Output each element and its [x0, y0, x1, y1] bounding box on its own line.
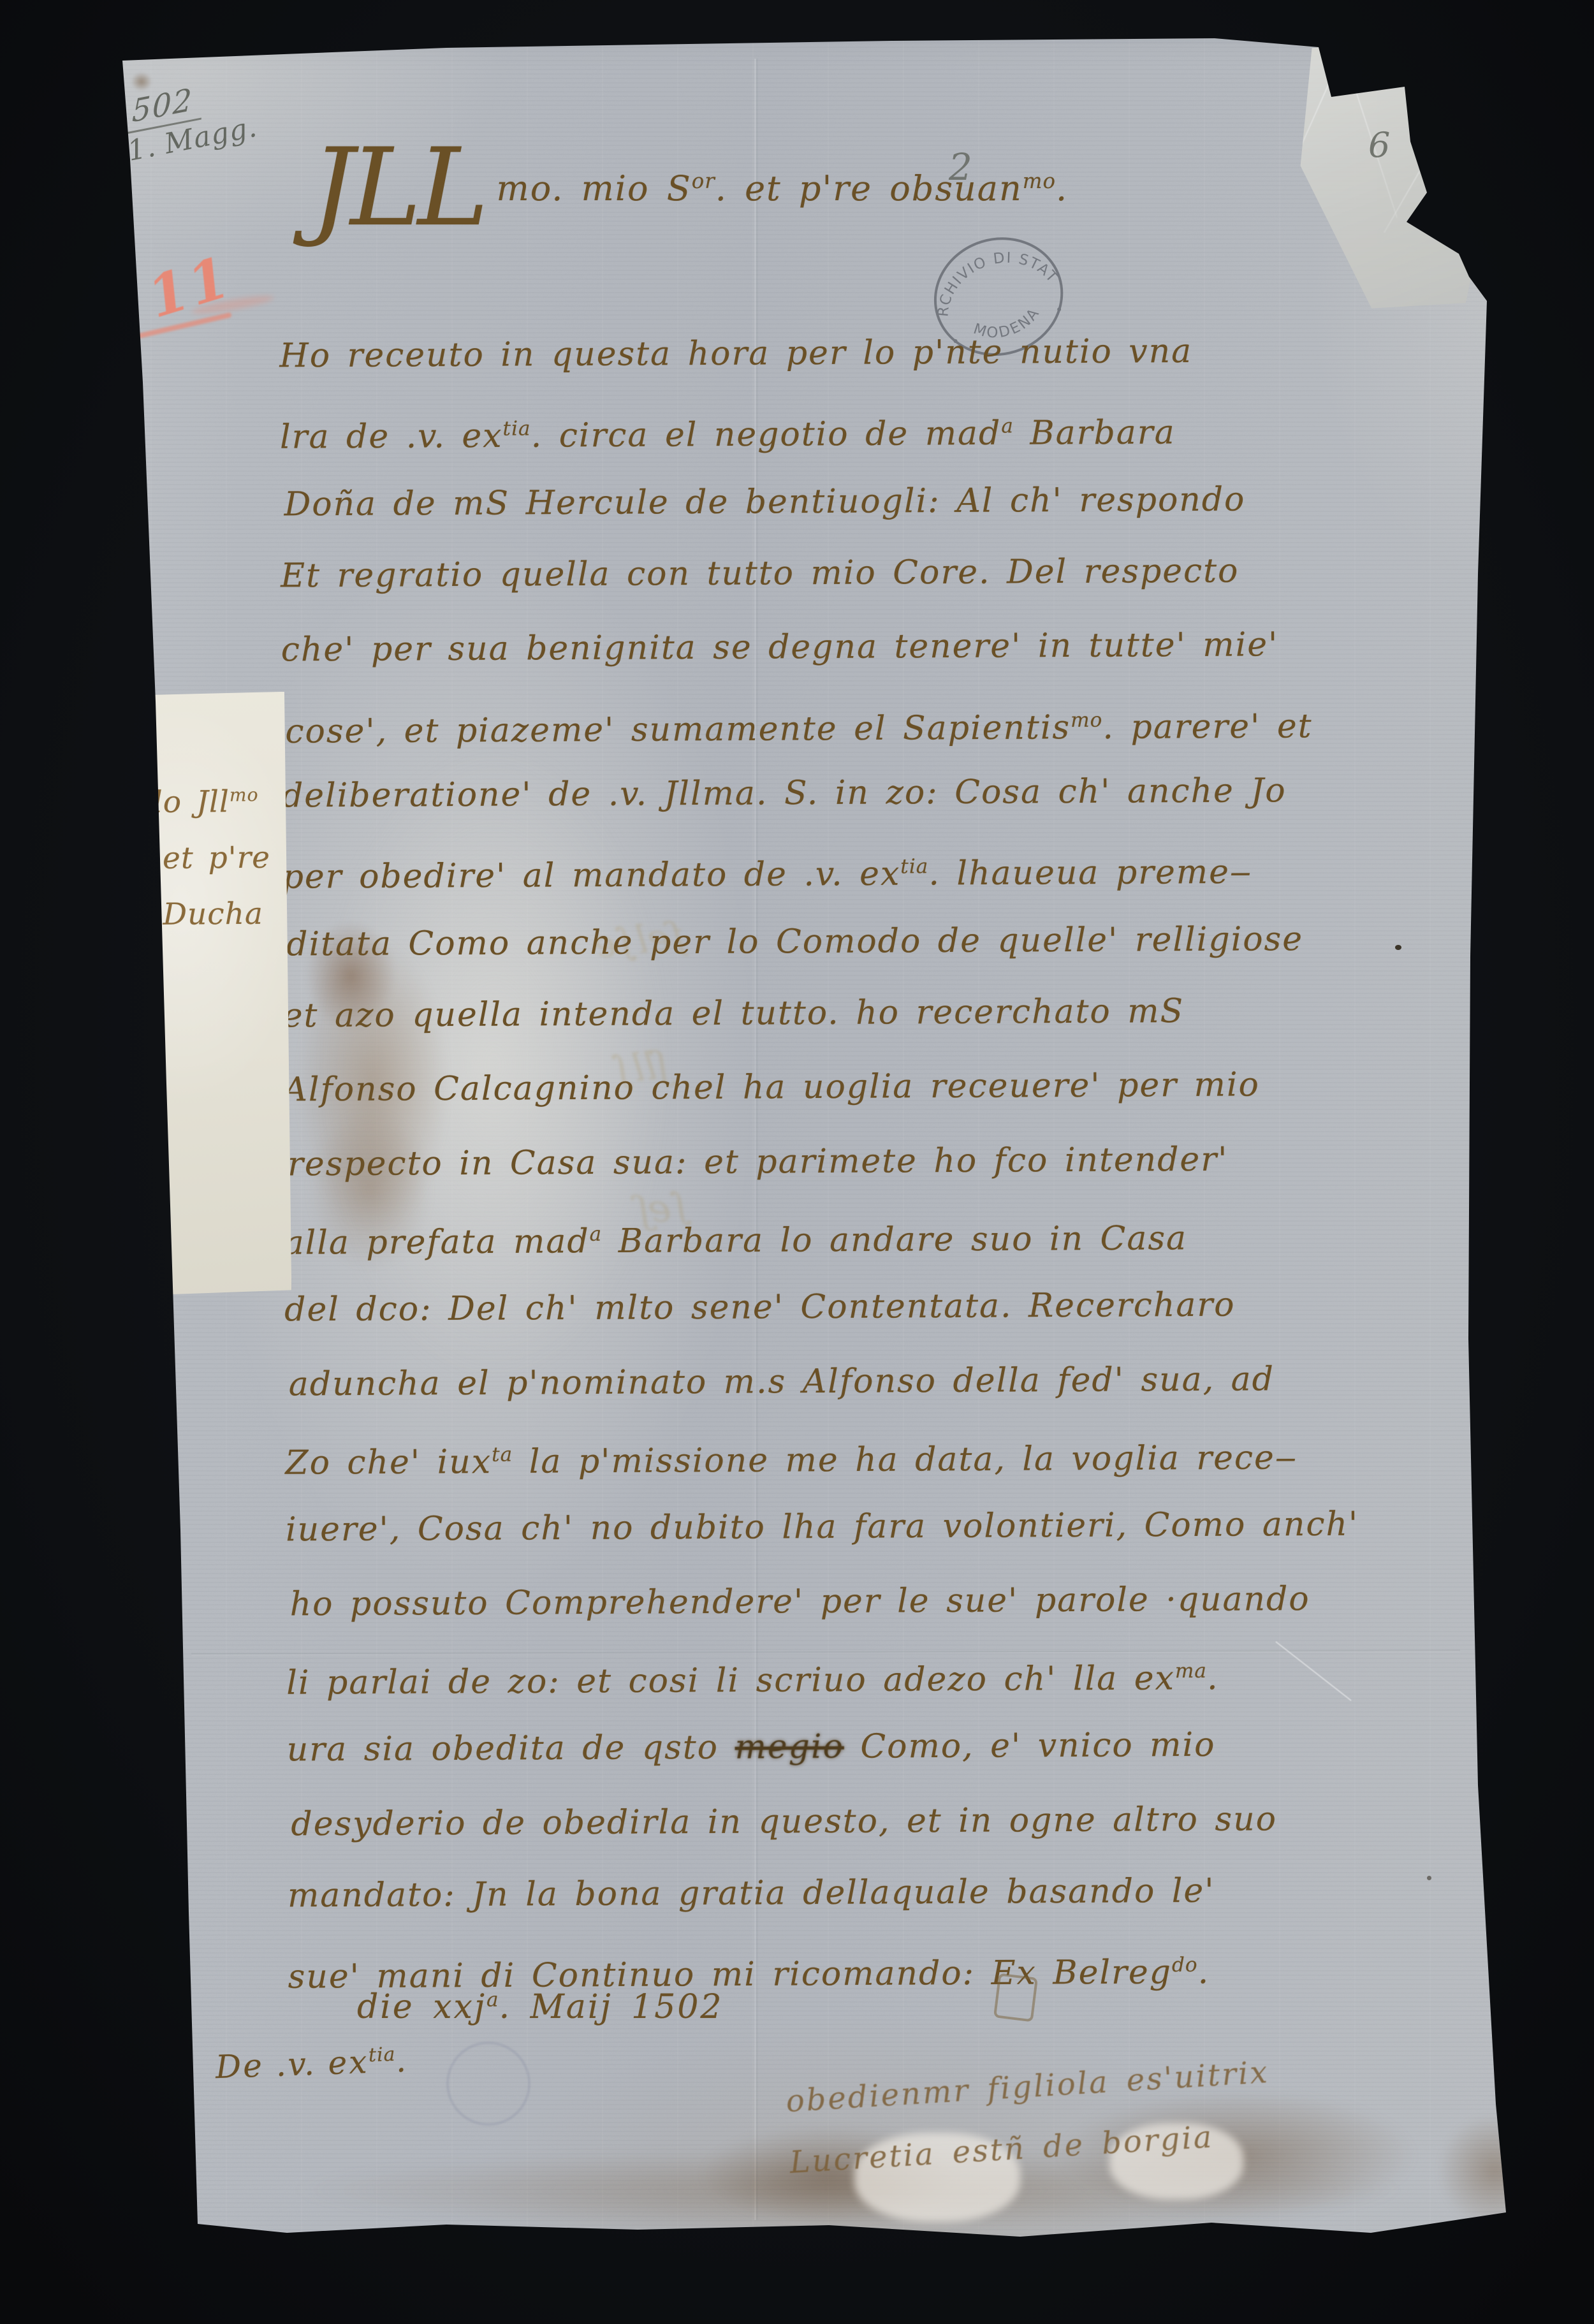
- valediction: De .v. extia.: [215, 2042, 409, 2086]
- manuscript-line: Zo che' iuxta la p'missione me ha data, …: [285, 1414, 1359, 1493]
- letter-body: Ho receuto in questa hora per lo p'nte n…: [279, 315, 1361, 2007]
- manuscript-line: Doña de mS Hercule de bentiuogli: Al ch'…: [284, 463, 1357, 542]
- ink-speck: [1427, 1876, 1431, 1880]
- manuscript-line: aduncha el p'nominato m.s Alfonso della …: [289, 1343, 1363, 1422]
- dateline: die xxja. Maij 1502: [357, 1988, 724, 2026]
- manuscript-line: Alfonso Calcagnino chel ha uoglia receue…: [283, 1048, 1357, 1127]
- folio-number-corner: 6: [1368, 125, 1390, 165]
- manuscript-line: deliberatione' de .v. Jllma. S. in zo: C…: [282, 754, 1356, 833]
- manuscript-line: desyderio de obedirla in questo, et in o…: [291, 1783, 1364, 1862]
- ink-bracket-mark: [993, 1973, 1038, 2022]
- manuscript-page: ſel∫e ʃll∫ ∫eʃ 1502 21. Magg. 2 6 11 ARC…: [0, 0, 1594, 2324]
- salutation-initial: JLL: [311, 125, 485, 250]
- manuscript-line: che' per sua benignita se degna tenere' …: [281, 608, 1354, 687]
- manuscript-line: li parlai de zo: et cosi li scriuo adezo…: [286, 1634, 1360, 1713]
- manuscript-line: · Allo Jllmo: [96, 767, 270, 824]
- manuscript-line: iuere', Cosa ch' no dubito lha fara volo…: [286, 1488, 1359, 1567]
- manuscript-line: Ho receuto in questa hora per lo p'nte n…: [279, 314, 1353, 393]
- salutation-text: mo. mio Sor. et p're obsuanmo.: [496, 168, 1068, 208]
- manuscript-line: Sre. Ducha: [96, 879, 271, 937]
- manuscript-line: cose', et piazeme' sumamente el Sapienti…: [285, 683, 1359, 762]
- manuscript-line: et azo quella intenda el tutto. ho recer…: [283, 974, 1357, 1053]
- manuscript-scan: ſel∫e ʃll∫ ∫eʃ 1502 21. Magg. 2 6 11 ARC…: [0, 0, 1594, 2324]
- manuscript-line: alla prefata mada Barbara lo andare suo …: [284, 1194, 1357, 1273]
- manuscript-line: ura sia obedita de qsto megio Como, e' v…: [287, 1708, 1361, 1787]
- corner-crease: [1384, 122, 1449, 233]
- manuscript-line: Sor. et p're: [96, 823, 270, 881]
- manuscript-line: mandato: Jn la bona gratia dellaquale ba…: [288, 1854, 1361, 1933]
- salutation: JLLmo. mio Sor. et p're obsuanmo.: [311, 125, 1068, 250]
- stain: [1422, 2098, 1568, 2244]
- manuscript-line: Et regratio quella con tutto mio Core. D…: [281, 534, 1354, 613]
- manuscript-line: ditata Como anche per lo Comodo de quell…: [286, 903, 1360, 982]
- address-text: · Allo JllmoSor. et p'reSre. Ducha: [96, 767, 271, 937]
- manuscript-line: del dco: Del ch' mlto sene' Contentata. …: [284, 1268, 1358, 1347]
- address-slip: · Allo JllmoSor. et p'reSre. Ducha: [72, 692, 292, 1297]
- ink-speck: [1395, 945, 1401, 950]
- manuscript-line: per obedire' al mandato de .v. extia. lh…: [282, 828, 1356, 907]
- manuscript-line: ho possuto Comprehendere' per le sue' pa…: [289, 1563, 1363, 1642]
- manuscript-line: lra de .v. extia. circa el negotio de ma…: [280, 388, 1354, 467]
- manuscript-line: respecto in Casa sua: et parimete ho fco…: [288, 1123, 1361, 1202]
